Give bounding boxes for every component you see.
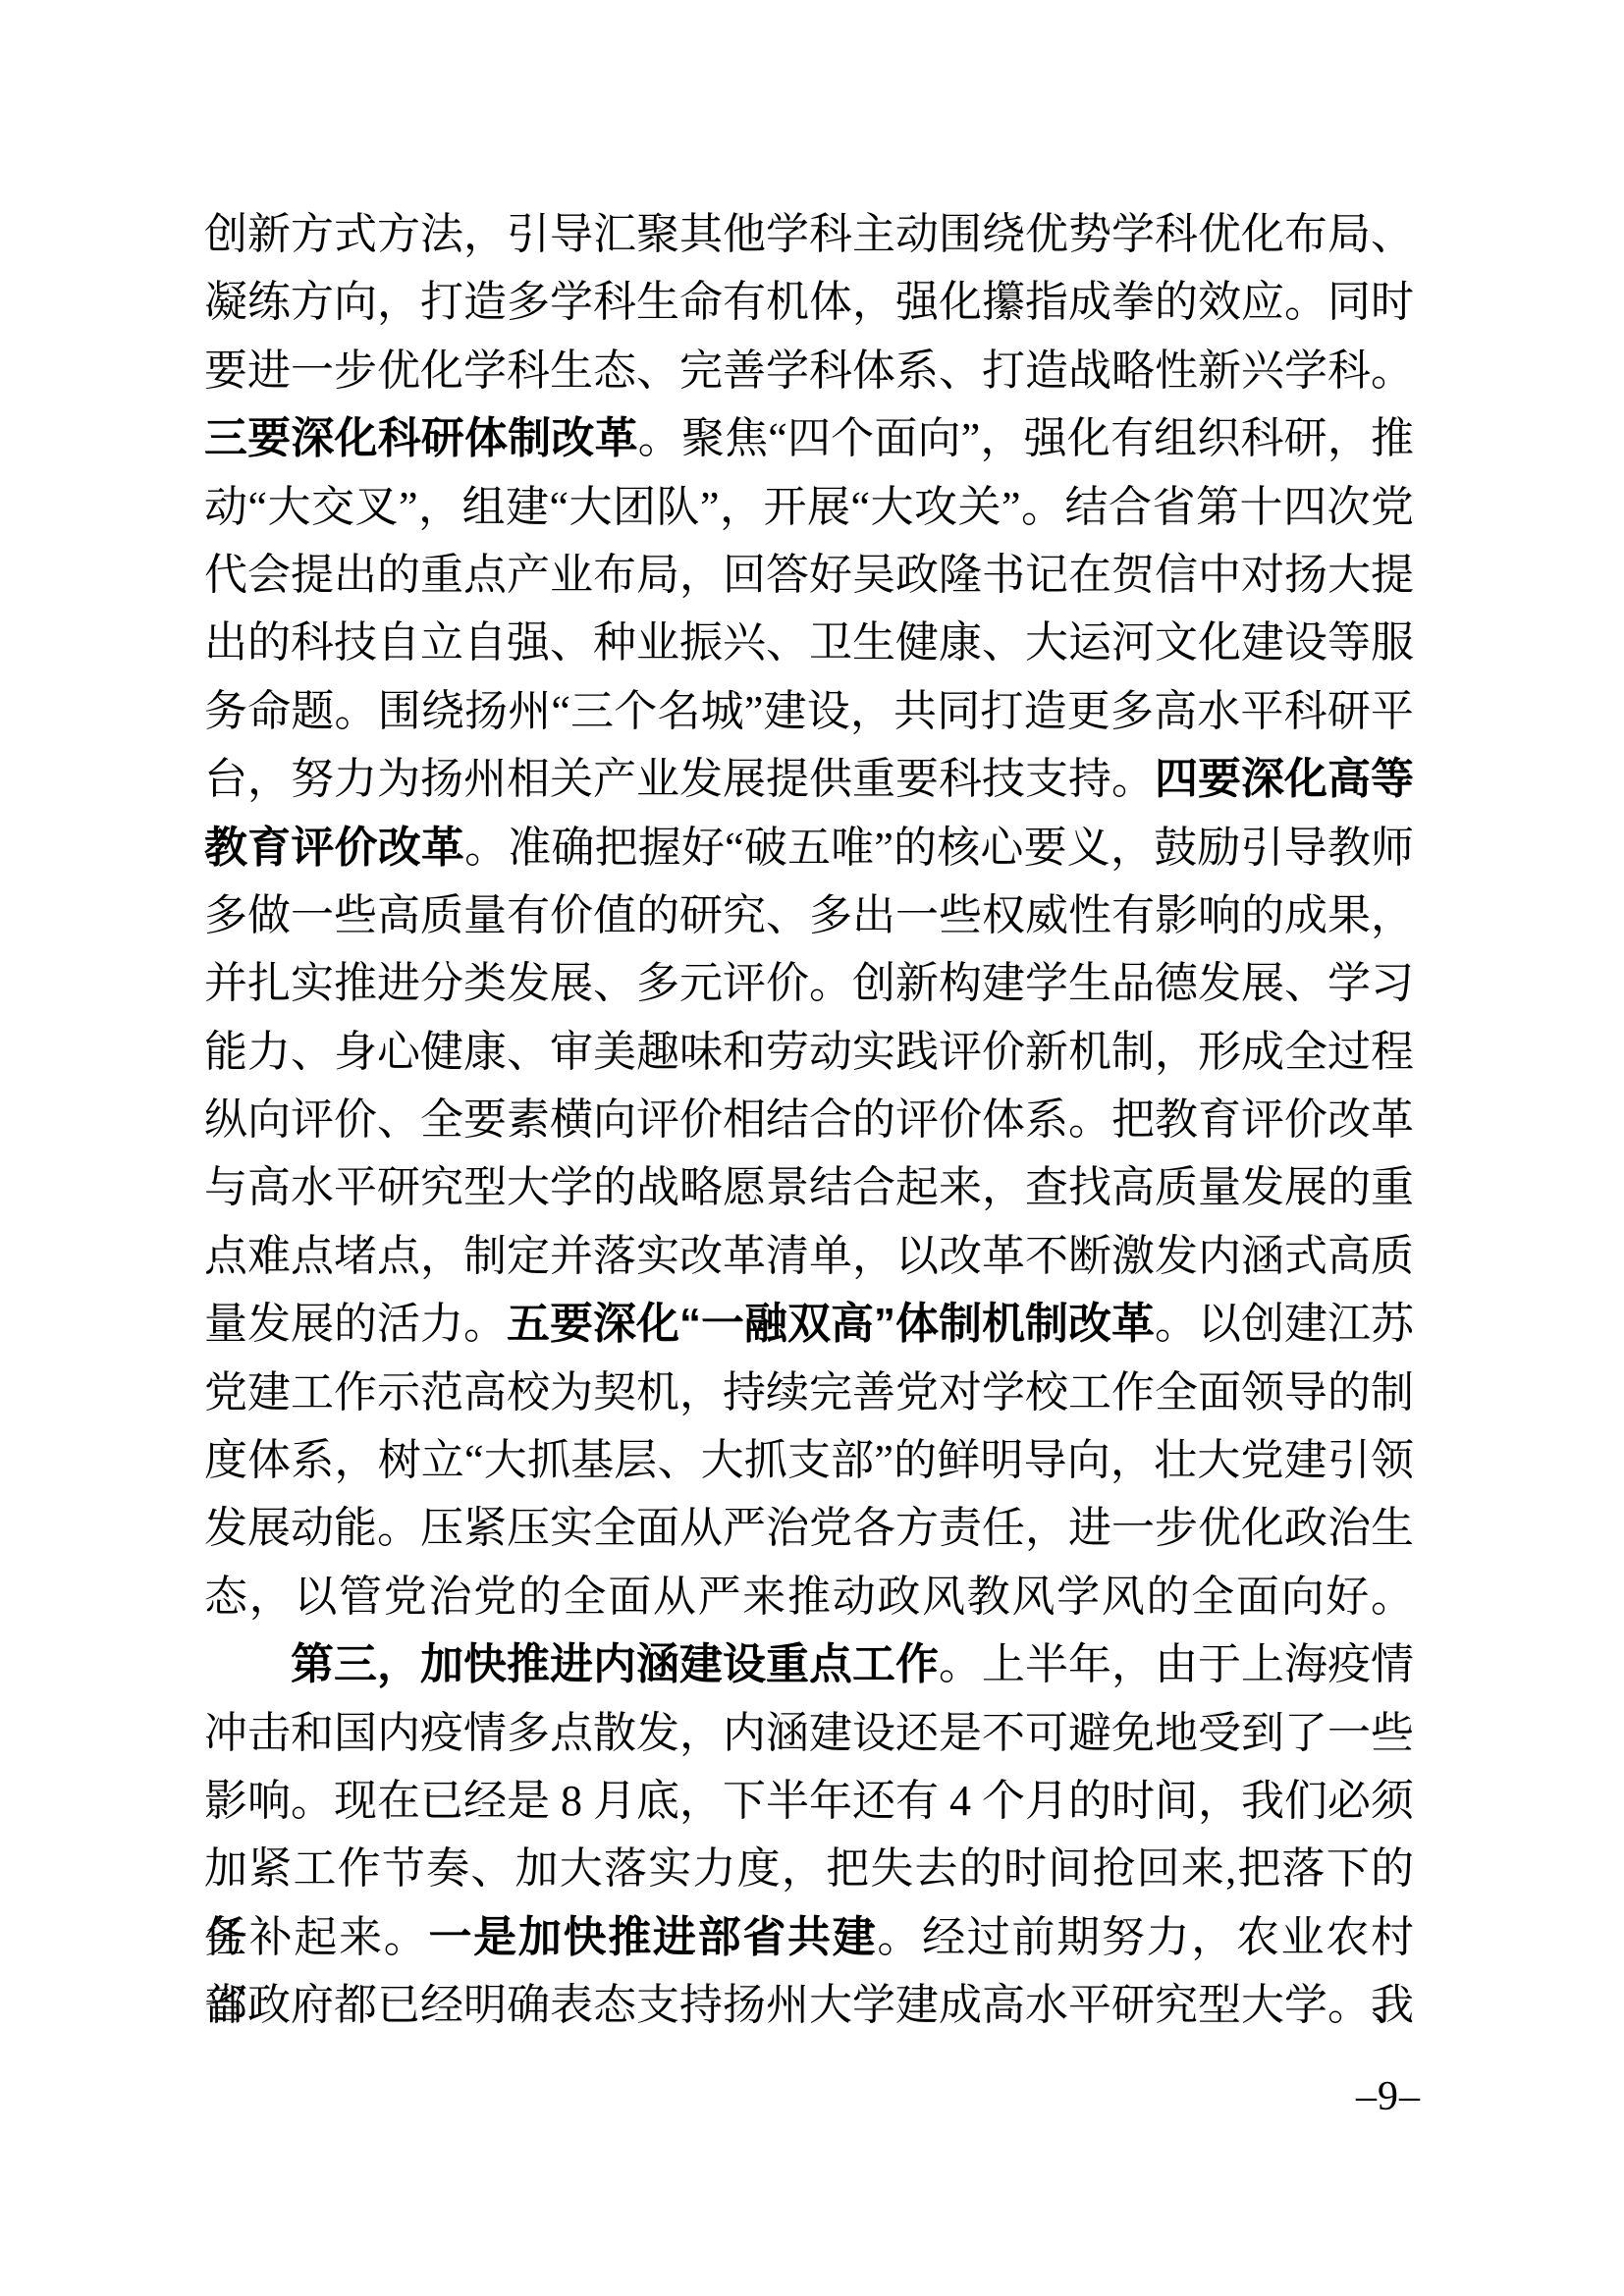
document-page: 创新方式方法，引导汇聚其他学科主动围绕优势学科优化布局、凝练方向，打造多学科生命… <box>0 0 1624 2296</box>
body-text: 代会提出的重点产业布局，回答好吴政隆书记在贺信中对扬大提 <box>204 551 1414 599</box>
emphasis-text: 三要深化科研体制改革 <box>204 414 638 462</box>
text-line: 省政府都已经明确表态支持扬州大学建成高水平研究型大学。我 <box>204 1971 1414 2039</box>
body-text: 能力、身心健康、审美趣味和劳动实践评价新机制，形成全过程 <box>204 1028 1414 1076</box>
body-text: 要进一步优化学科生态、完善学科体系、打造战略性新兴学科。 <box>204 347 1414 395</box>
body-text: 多做一些高质量有价值的研究、多出一些权威性有影响的成果， <box>204 891 1414 939</box>
text-line: 发展动能。压紧压实全面从严治党各方责任，进一步优化政治生 <box>204 1494 1414 1562</box>
body-text: 台，努力为扬州相关产业发展提供重要科技支持。 <box>204 755 1155 803</box>
text-line: 台，努力为扬州相关产业发展提供重要科技支持。四要深化高等 <box>204 745 1414 813</box>
page-number: –9– <box>1356 2073 1421 2120</box>
body-text: 量发展的活力。 <box>204 1300 507 1348</box>
emphasis-text: 四要深化高等 <box>1155 755 1414 803</box>
text-line: 务命题。围绕扬州“三个名城”建设，共同打造更多高水平科研平 <box>204 677 1414 745</box>
document-body: 创新方式方法，引导汇聚其他学科主动围绕优势学科优化布局、凝练方向，打造多学科生命… <box>204 200 1414 2040</box>
body-text: 态，以管党治党的全面从严来推动政风教风学风的全面向好。 <box>204 1573 1414 1621</box>
body-text: 发展动能。压紧压实全面从严治党各方责任，进一步优化政治生 <box>204 1504 1414 1552</box>
body-text: 创新方式方法，引导汇聚其他学科主动围绕优势学科优化布局、 <box>204 210 1414 258</box>
text-line: 教育评价改革。准确把握好“破五唯”的核心要义，鼓励引导教师 <box>204 814 1414 881</box>
emphasis-text: 教育评价改革 <box>204 824 464 872</box>
text-line: 务补起来。一是加快推进部省共建。经过前期努力，农业农村部、 <box>204 1903 1414 1971</box>
text-line: 能力、身心健康、审美趣味和劳动实践评价新机制，形成全过程 <box>204 1018 1414 1086</box>
body-text: 凝练方向，打造多学科生命有机体，强化攥指成拳的效应。同时 <box>204 278 1414 326</box>
body-text: 。聚焦“四个面向”，强化有组织科研，推 <box>638 414 1414 462</box>
body-text: 务命题。围绕扬州“三个名城”建设，共同打造更多高水平科研平 <box>204 687 1414 735</box>
text-line: 点难点堵点，制定并落实改革清单，以改革不断激发内涵式高质 <box>204 1222 1414 1290</box>
text-line: 加紧工作节奏、加大落实力度，把失去的时间抢回来,把落下的任 <box>204 1835 1414 1902</box>
text-line: 凝练方向，打造多学科生命有机体，强化攥指成拳的效应。同时 <box>204 268 1414 336</box>
emphasis-text: 第三，加快推进内涵建设重点工作 <box>291 1640 939 1688</box>
text-line: 冲击和国内疫情多点散发，内涵建设还是不可避免地受到了一些 <box>204 1699 1414 1767</box>
text-line: 度体系，树立“大抓基层、大抓支部”的鲜明导向，壮大党建引领 <box>204 1426 1414 1494</box>
body-text: 纵向评价、全要素横向评价相结合的评价体系。把教育评价改革 <box>204 1095 1414 1144</box>
text-line: 动“大交叉”，组建“大团队”，开展“大攻关”。结合省第十四次党 <box>204 473 1414 541</box>
text-line: 创新方式方法，引导汇聚其他学科主动围绕优势学科优化布局、 <box>204 200 1414 268</box>
emphasis-text: 五要深化“一融双高”体制机制改革 <box>507 1300 1155 1348</box>
text-line: 三要深化科研体制改革。聚焦“四个面向”，强化有组织科研，推 <box>204 404 1414 472</box>
text-line: 出的科技自立自强、种业振兴、卫生健康、大运河文化建设等服 <box>204 609 1414 676</box>
body-text: 影响。现在已经是 8 月底，下半年还有 4 个月的时间，我们必须 <box>204 1777 1414 1825</box>
text-line: 纵向评价、全要素横向评价相结合的评价体系。把教育评价改革 <box>204 1086 1414 1153</box>
text-line: 影响。现在已经是 8 月底，下半年还有 4 个月的时间，我们必须 <box>204 1767 1414 1835</box>
body-text: 与高水平研究型大学的战略愿景结合起来，查找高质量发展的重 <box>204 1163 1414 1211</box>
body-text: 冲击和国内疫情多点散发，内涵建设还是不可避免地受到了一些 <box>204 1709 1414 1757</box>
text-line: 要进一步优化学科生态、完善学科体系、打造战略性新兴学科。 <box>204 337 1414 404</box>
text-line: 代会提出的重点产业布局，回答好吴政隆书记在贺信中对扬大提 <box>204 541 1414 609</box>
emphasis-text: 一是加快推进部省共建 <box>428 1913 877 1961</box>
text-line: 并扎实推进分类发展、多元评价。创新构建学生品德发展、学习 <box>204 949 1414 1017</box>
body-text: 。上半年，由于上海疫情 <box>939 1640 1414 1688</box>
body-text: 出的科技自立自强、种业振兴、卫生健康、大运河文化建设等服 <box>204 618 1414 667</box>
body-text: 度体系，树立“大抓基层、大抓支部”的鲜明导向，壮大党建引领 <box>204 1436 1414 1484</box>
text-line: 与高水平研究型大学的战略愿景结合起来，查找高质量发展的重 <box>204 1153 1414 1221</box>
body-text: 务补起来。 <box>204 1913 428 1961</box>
body-text: 省政府都已经明确表态支持扬州大学建成高水平研究型大学。我 <box>204 1981 1414 2029</box>
text-line: 态，以管党治党的全面从严来推动政风教风学风的全面向好。 <box>204 1563 1414 1630</box>
body-text: 。准确把握好“破五唯”的核心要义，鼓励引导教师 <box>464 824 1414 872</box>
text-line: 多做一些高质量有价值的研究、多出一些权威性有影响的成果， <box>204 881 1414 949</box>
text-line: 第三，加快推进内涵建设重点工作。上半年，由于上海疫情 <box>204 1630 1414 1698</box>
body-text: 党建工作示范高校为契机，持续完善党对学校工作全面领导的制 <box>204 1368 1414 1416</box>
body-text: 点难点堵点，制定并落实改革清单，以改革不断激发内涵式高质 <box>204 1232 1414 1280</box>
text-line: 量发展的活力。五要深化“一融双高”体制机制改革。以创建江苏 <box>204 1290 1414 1358</box>
body-text: 。以创建江苏 <box>1155 1300 1414 1348</box>
body-text: 并扎实推进分类发展、多元评价。创新构建学生品德发展、学习 <box>204 959 1414 1007</box>
body-text: 动“大交叉”，组建“大团队”，开展“大攻关”。结合省第十四次党 <box>204 483 1414 531</box>
text-line: 党建工作示范高校为契机，持续完善党对学校工作全面领导的制 <box>204 1359 1414 1426</box>
